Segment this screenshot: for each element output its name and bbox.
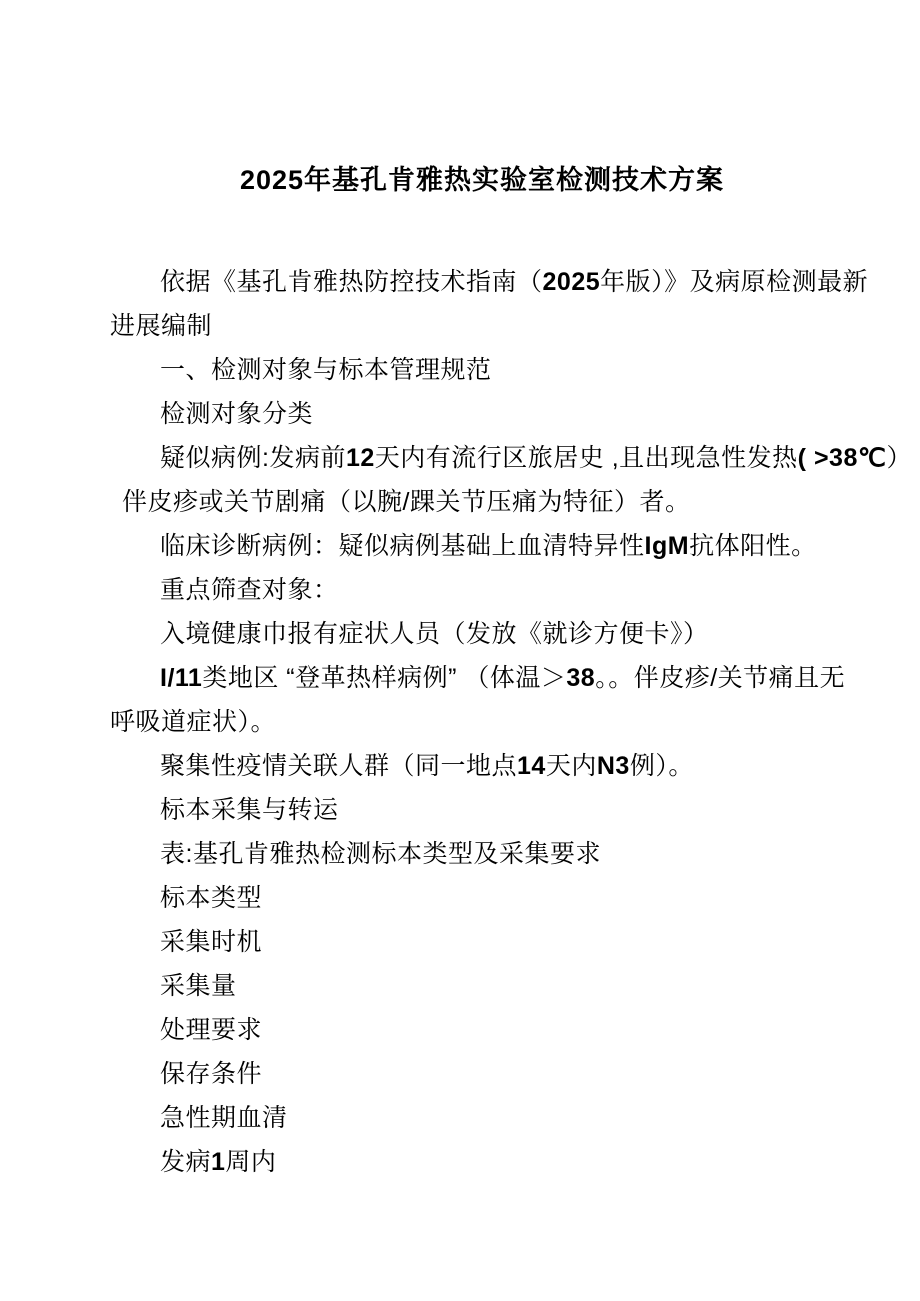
text-segment: 。。伴皮疹/关节痛且无: [595, 664, 845, 692]
document-title: 2025年基孔肯雅热实验室检测技术方案: [110, 160, 854, 200]
text-segment: 重点筛查对象：: [160, 576, 339, 604]
text-segment: 聚集性疫情关联人群（同一地点: [160, 752, 517, 780]
text-segment: 进展编制: [110, 312, 212, 340]
text-segment: 2025: [543, 268, 601, 296]
text-segment: 周内: [225, 1148, 276, 1176]
text-line: 保存条件: [110, 1052, 854, 1096]
text-line: 急性期血清: [110, 1096, 854, 1140]
text-segment: 发病: [160, 1148, 211, 1176]
text-line: 标本类型: [110, 876, 854, 920]
text-segment: ）: [886, 444, 912, 472]
text-segment: 12: [346, 444, 375, 472]
text-line: 采集量: [110, 964, 854, 1008]
text-segment: ( >38℃: [798, 444, 887, 472]
text-segment: 检测对象分类: [160, 400, 313, 428]
text-line: 聚集性疫情关联人群（同一地点14天内N3例）。: [110, 744, 854, 788]
text-segment: I/11: [160, 664, 202, 692]
text-line: 临床诊断病例：疑似病例基础上血清特异性IgM抗体阳性。: [110, 524, 854, 568]
text-line: 疑似病例:发病前12天内有流行区旅居史 ,且出现急性发热( >38℃）: [110, 436, 854, 480]
text-segment: 例）。: [630, 752, 694, 780]
text-segment: 入境健康巾报有症状人员（发放《就诊方便卡》）: [160, 620, 709, 648]
text-segment: 14: [517, 752, 546, 780]
text-segment: 伴皮疹或关节剧痛（以腕/踝关节压痛为特征）者。: [122, 488, 690, 516]
text-segment: 38: [566, 664, 595, 692]
text-line: 呼吸道症状）。: [110, 700, 854, 744]
text-segment: 天内: [546, 752, 597, 780]
text-segment: 疑似病例:发病前: [160, 444, 346, 472]
text-line: 发病1周内: [110, 1140, 854, 1184]
text-segment: 采集量: [160, 972, 237, 1000]
document-content: 2025年基孔肯雅热实验室检测技术方案 依据《基孔肯雅热防控技术指南（2025年…: [110, 160, 854, 1184]
text-line: 进展编制: [110, 304, 854, 348]
text-segment: 抗体阳性。: [689, 532, 817, 560]
text-segment: 临床诊断病例：疑似病例基础上血清特异性: [160, 532, 645, 560]
text-line: 标本采集与转运: [110, 788, 854, 832]
text-segment: 标本类型: [160, 884, 262, 912]
document-body: 依据《基孔肯雅热防控技术指南（2025年版）》及病原检测最新进展编制一、检测对象…: [110, 260, 854, 1184]
text-segment: 标本采集与转运: [160, 796, 339, 824]
text-line: 采集时机: [110, 920, 854, 964]
text-line: 处理要求: [110, 1008, 854, 1052]
text-segment: 保存条件: [160, 1060, 262, 1088]
text-line: 表:基孔肯雅热检测标本类型及采集要求: [110, 832, 854, 876]
text-line: 检测对象分类: [110, 392, 854, 436]
text-segment: IgM: [645, 532, 690, 560]
text-segment: 类地区 “登革热样病例” （体温＞: [202, 664, 566, 692]
text-segment: 天内有流行区旅居史 ,且出现急性发热: [375, 444, 798, 472]
text-segment: 处理要求: [160, 1016, 262, 1044]
text-segment: 呼吸道症状）。: [110, 708, 276, 736]
text-segment: 一、检测对象与标本管理规范: [160, 356, 492, 384]
text-segment: 急性期血清: [160, 1104, 288, 1132]
text-line: 一、检测对象与标本管理规范: [110, 348, 854, 392]
text-line: 入境健康巾报有症状人员（发放《就诊方便卡》）: [110, 612, 854, 656]
text-line: 重点筛查对象：: [110, 568, 854, 612]
text-line: I/11类地区 “登革热样病例” （体温＞38。。伴皮疹/关节痛且无: [110, 656, 854, 700]
text-line: 依据《基孔肯雅热防控技术指南（2025年版）》及病原检测最新: [110, 260, 854, 304]
text-segment: 1: [211, 1148, 225, 1176]
text-segment: N3: [597, 752, 630, 780]
text-line: 伴皮疹或关节剧痛（以腕/踝关节压痛为特征）者。: [110, 480, 854, 524]
text-segment: 年版）》及病原检测最新: [600, 268, 868, 296]
text-segment: 采集时机: [160, 928, 262, 956]
text-segment: 表:基孔肯雅热检测标本类型及采集要求: [160, 840, 601, 868]
text-segment: 依据《基孔肯雅热防控技术指南（: [160, 268, 543, 296]
document-page: 2025年基孔肯雅热实验室检测技术方案 依据《基孔肯雅热防控技术指南（2025年…: [0, 0, 920, 1301]
